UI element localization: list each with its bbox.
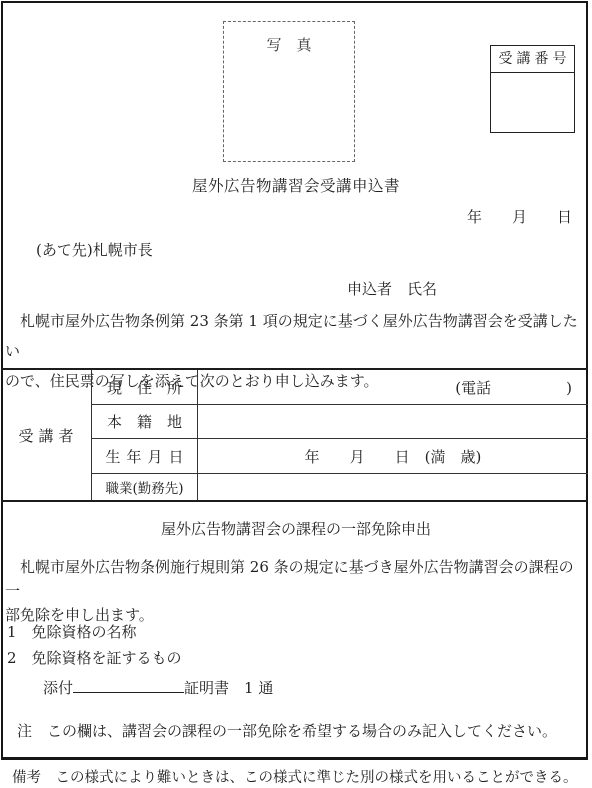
domicile-label: 本 籍 地 [92,405,198,438]
occupation-label: 職業(勤務先) [92,474,198,500]
occupation-value-cell [198,474,588,500]
enrollee-rows: 現 住 所 (電話 ) 本 籍 地 生年月日 年 月 日 (満 歳) 職業(勤務… [92,370,588,500]
course-number-label: 受講番号 [491,46,574,73]
photo-placeholder-box: 写 真 [223,21,355,162]
birthdate-label: 生年月日 [92,439,198,473]
table-row-domicile: 本 籍 地 [92,405,588,439]
attachment-prefix: 添付 [43,679,73,697]
addressee-line: (あて先)札幌市長 [36,242,153,259]
address-value-cell: (電話 ) [198,370,588,404]
application-form-page: 写 真 受講番号 屋外広告物講習会受講申込書 年 月 日 (あて先)札幌市長 申… [0,0,592,788]
exemption-item-2: 2 免除資格を証するもの [7,650,182,666]
course-number-blank-cell [491,73,574,133]
domicile-value-cell [198,405,588,438]
table-row-occupation: 職業(勤務先) [92,474,588,500]
intro-line-1: 札幌市屋外広告物条例第 23 条第 1 項の規定に基づく屋外広告物講習会を受講し… [5,306,587,366]
photo-label: 写 真 [224,22,354,55]
form-title: 屋外広告物講習会受講申込書 [0,177,592,195]
table-row-birthdate: 生年月日 年 月 日 (満 歳) [92,439,588,474]
enrollee-table: 受講者 現 住 所 (電話 ) 本 籍 地 生年月日 年 月 日 (満 歳) 職… [1,368,588,502]
course-number-box: 受講番号 [490,45,575,133]
date-line: 年 月 日 [467,209,572,225]
exemption-note: 注 この欄は、講習会の課程の一部免除を希望する場合のみ記入してください。 [17,723,557,739]
applicant-name-line: 申込者 氏名 [347,281,437,298]
attachment-fill-in-underline [73,679,184,693]
remark-line: 備考 この様式により難いときは、この様式に準じた別の様式を用いることができる。 [12,770,578,786]
exemption-paragraph: 札幌市屋外広告物条例施行規則第 26 条の規定に基づき屋外広告物講習会の課程の一… [5,555,587,627]
attachment-line: 添付証明書 1 通 [43,679,273,696]
exemption-line-1: 札幌市屋外広告物条例施行規則第 26 条の規定に基づき屋外広告物講習会の課程の一 [5,555,587,603]
table-row-address: 現 住 所 (電話 ) [92,370,588,405]
address-label: 現 住 所 [92,370,198,404]
birthdate-value-cell: 年 月 日 (満 歳) [198,439,588,473]
enrollee-row-header: 受講者 [1,370,92,500]
exemption-item-1: 1 免除資格の名称 [7,624,137,640]
exemption-section-title: 屋外広告物講習会の課程の一部免除申出 [0,521,592,537]
attachment-suffix: 証明書 1 通 [184,679,273,697]
